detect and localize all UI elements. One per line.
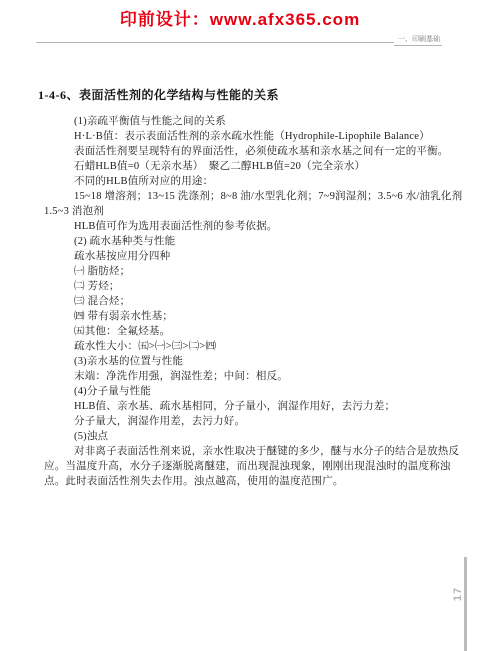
text-line: 1.5~3 消泡剂 [44, 204, 450, 219]
text-line: ㈣ 带有弱亲水性基； [44, 309, 450, 324]
text-line: H·L·B值：表示表面活性剂的亲水疏水性能（Hydrophile-Lipophi… [44, 129, 450, 144]
document-page: 印前设计：www.afx365.com 一、印刷基础 1-4-6、表面活性剂的化… [0, 0, 480, 651]
text-line: HLB值、亲水基、疏水基相同，分子量小，润湿作用好，去污力差； [44, 399, 450, 414]
text-line: 表面活性剂要呈现特有的界面活性，必须使疏水基和亲水基之间有一定的平衡。 [44, 144, 450, 159]
text-line: 对非离子表面活性剂来说，亲水性取决于醚键的多少，醚与水分子的结合是放热反 [44, 444, 450, 459]
text-line: 分子量大，润湿作用差，去污力好。 [44, 414, 450, 429]
text-line: 疏水基按应用分四种 [44, 249, 450, 264]
page-title: 1-4-6、表面活性剂的化学结构与性能的关系 [38, 86, 450, 103]
text-line: ㈤其他：全氟烃基。 [44, 324, 450, 339]
text-line: ㈠ 脂肪烃； [44, 264, 450, 279]
text-line: (1)亲疏平衡值与性能之间的关系 [44, 114, 450, 129]
text-line: 末端：净洗作用强，润湿性差；中间：相反。 [44, 369, 450, 384]
text-line: 石蜡HLB值=0（无亲水基） 聚乙二醇HLB值=20（完全亲水） [44, 159, 450, 174]
text-line: (2) 疏水基种类与性能 [44, 234, 450, 249]
section-label: 一、印刷基础 [394, 34, 442, 46]
text-line: HLB值可作为选用表面活性剂的参考依据。 [44, 219, 450, 234]
page-number-bar [464, 557, 467, 651]
text-line: 疏水性大小：㈤>㈠>㈢>㈡>㈣ [44, 339, 450, 354]
body-text: (1)亲疏平衡值与性能之间的关系H·L·B值：表示表面活性剂的亲水疏水性能（Hy… [44, 114, 450, 489]
page-header: 一、印刷基础 [36, 32, 442, 46]
text-line: 不同的HLB值所对应的用途： [44, 174, 450, 189]
text-line: 点。此时表面活性剂失去作用。浊点越高，使用的温度范围广。 [44, 474, 450, 489]
text-line: (3)亲水基的位置与性能 [44, 354, 450, 369]
header-divider [36, 42, 394, 43]
text-line: (4)分子量与性能 [44, 384, 450, 399]
text-line: 应。当温度升高，水分子逐渐脱离醚建，而出现混浊现象，刚刚出现混浊时的温度称浊 [44, 459, 450, 474]
text-line: ㈡ 芳烃； [44, 279, 450, 294]
text-line: (5)浊点 [44, 429, 450, 444]
text-line: ㈢ 混合烃； [44, 294, 450, 309]
page-number: 17 [448, 587, 468, 601]
text-line: 15~18 增溶剂；13~15 洗涤剂；8~8 油/水型乳化剂；7~9润湿剂；3… [44, 189, 450, 204]
site-banner: 印前设计：www.afx365.com [0, 5, 480, 30]
